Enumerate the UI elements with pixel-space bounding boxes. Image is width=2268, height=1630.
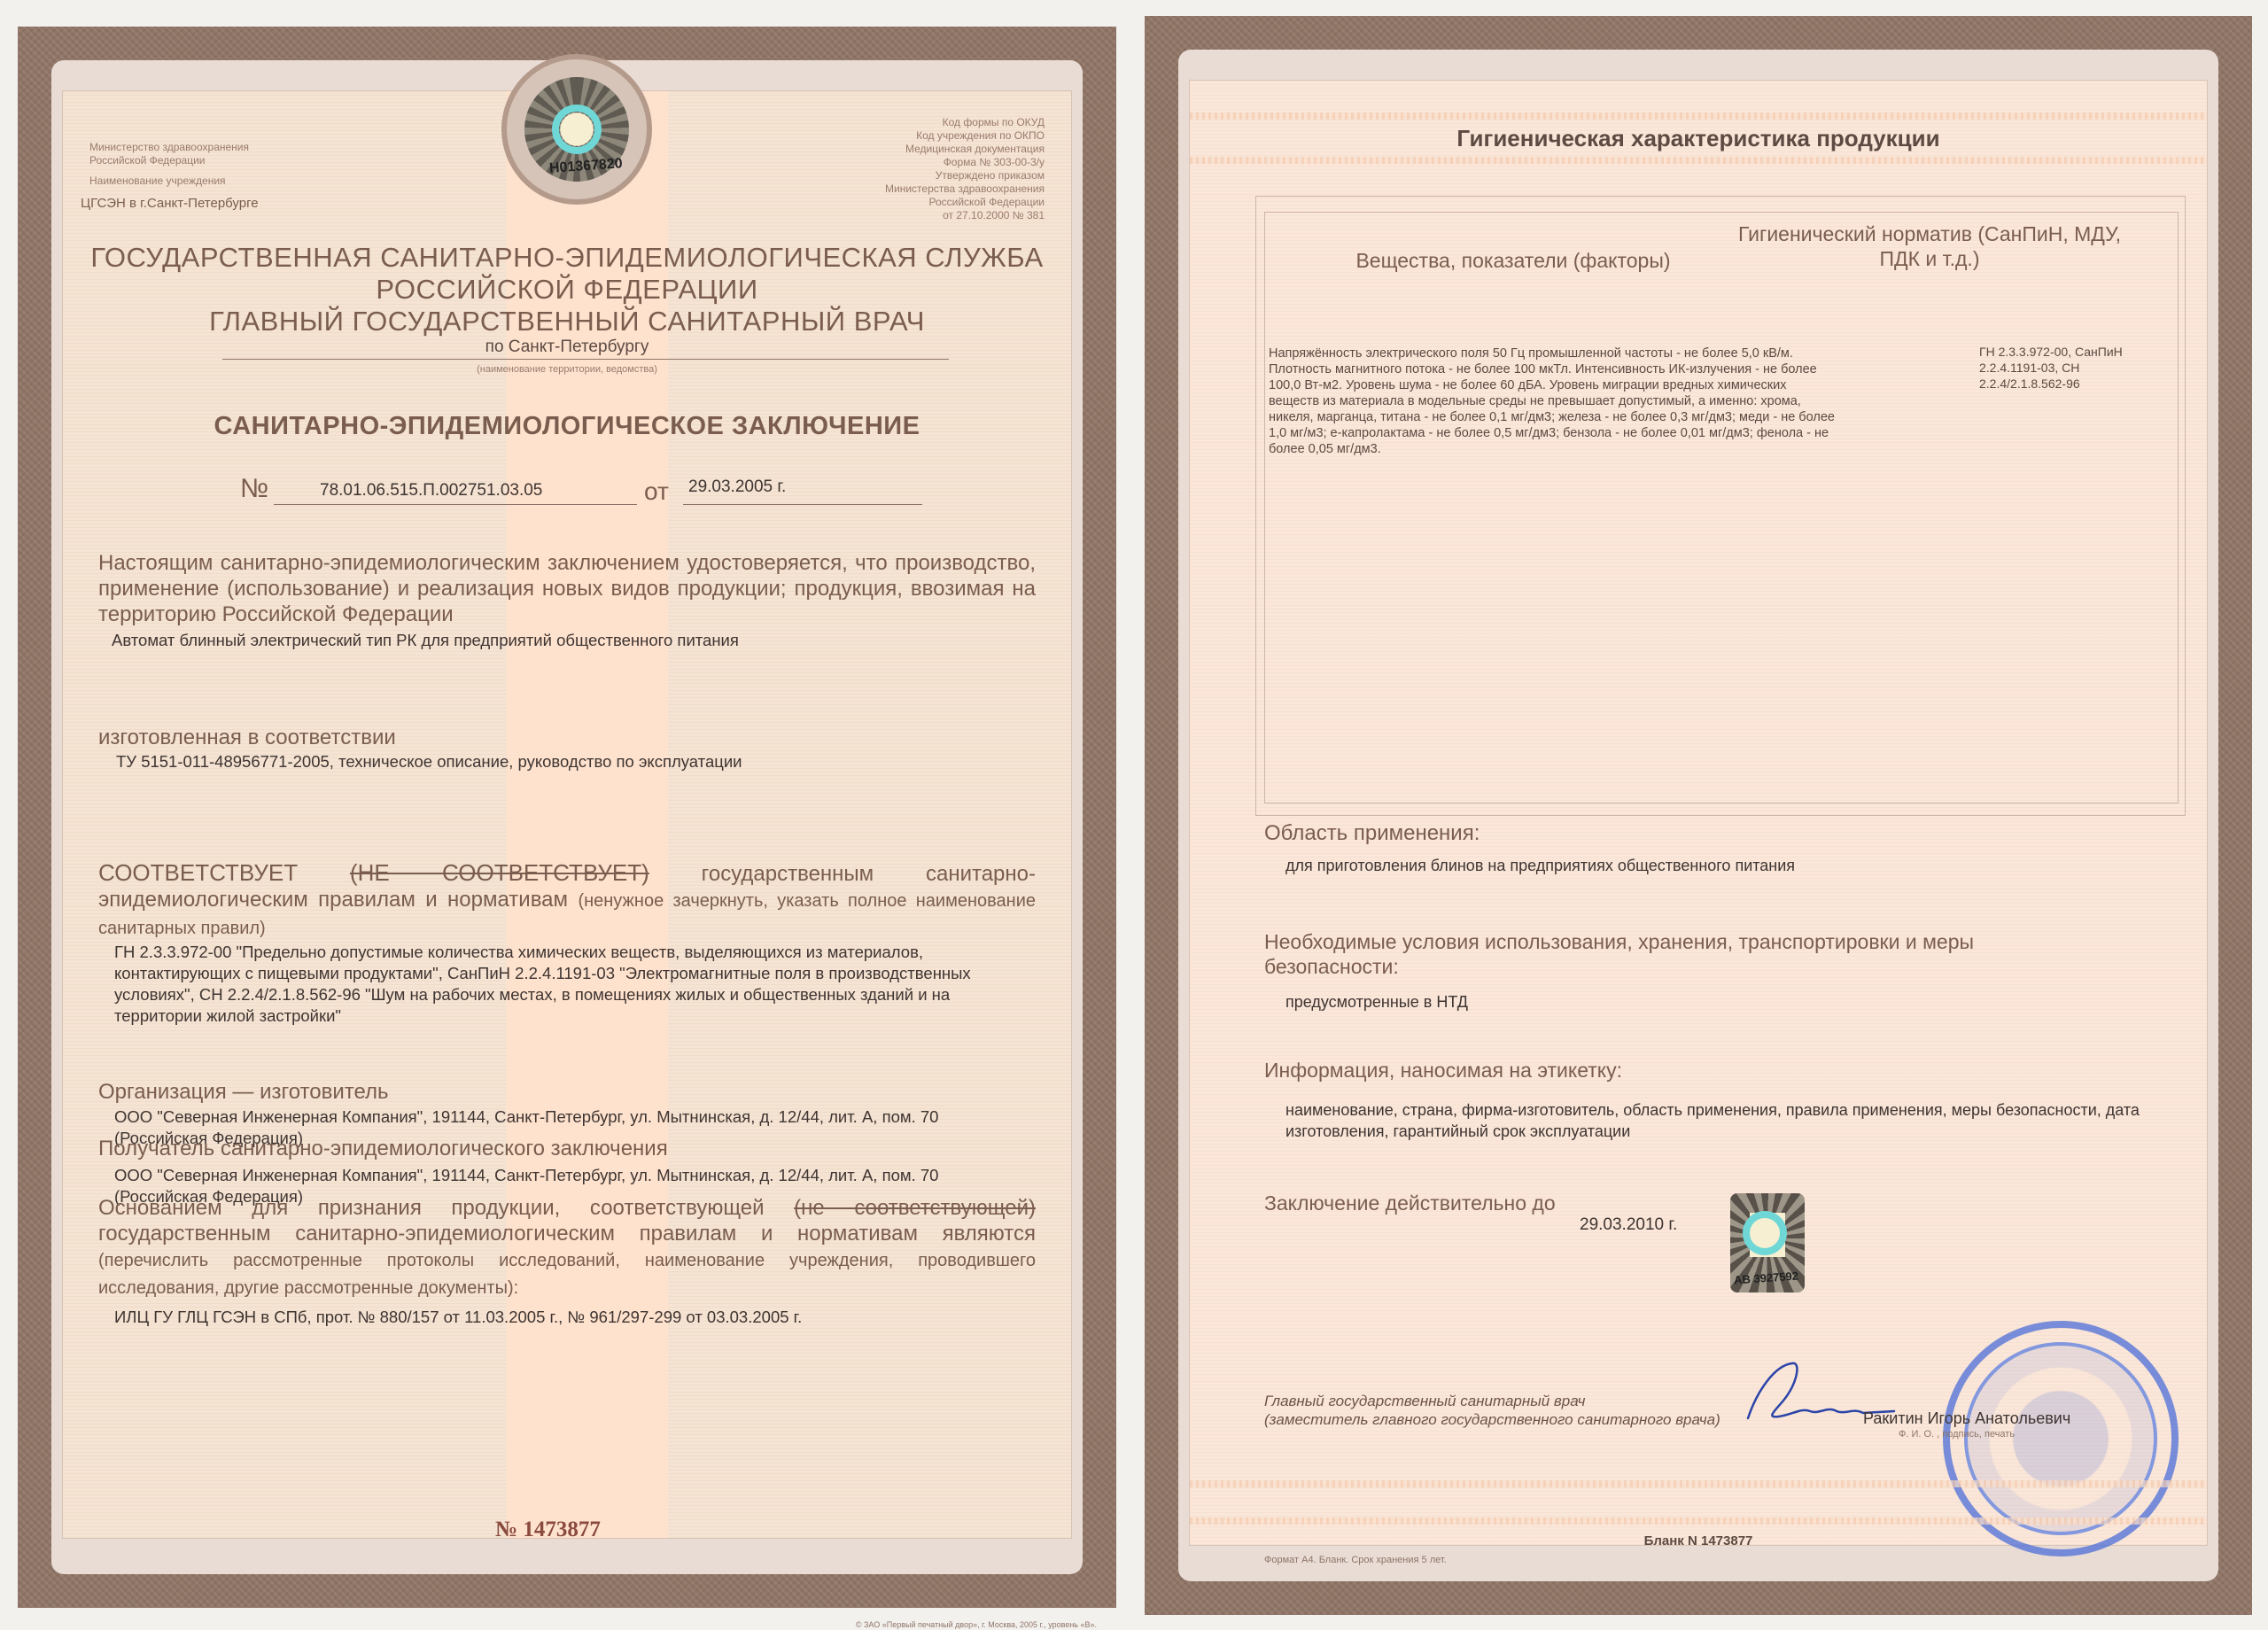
printer-note: © ЗАО «Первый печатный двор», г. Москва,…: [856, 1620, 1097, 1629]
hygiene-section-title: Гигиеническая характеристика продукции: [1190, 125, 2207, 152]
basis-struck: (не соответствующей): [794, 1196, 1036, 1220]
form-info: Код формы по ОКУД Код учреждения по ОКПО…: [832, 116, 1045, 222]
substances-value: Напряжённость электрического поля 50 Гц …: [1269, 345, 1836, 457]
conditions-value: предусмотренные в НТД: [1285, 991, 1468, 1013]
territory-underline: [222, 359, 949, 360]
conformity-statement: СООТВЕТСТВУЕТ (НЕ СООТВЕТСТВУЕТ) государ…: [98, 860, 1036, 942]
hologram-c-icon: [552, 105, 602, 154]
substances-column-header: Вещества, показатели (факторы): [1318, 248, 1708, 273]
valid-until-value: 29.03.2010 г.: [1580, 1215, 1677, 1236]
decorative-band: [1190, 1517, 2207, 1525]
recipient-label: Получатель санитарно-эпидемиологического…: [98, 1137, 668, 1161]
intro-text: Настоящим санитарно-эпидемиологическим з…: [98, 550, 1036, 627]
number-label: №: [240, 474, 268, 504]
date-underline: [683, 504, 922, 505]
issue-date: 29.03.2005 г.: [688, 477, 786, 497]
scope-label: Область применения:: [1264, 821, 1480, 846]
sanitary-rules: ГН 2.3.3.972-00 "Предельно допустимые ко…: [114, 942, 1036, 1027]
ministry-label: Министерство здравоохранения Российской …: [89, 141, 249, 167]
product-name: Автомат блинный электрический тип РК для…: [112, 630, 739, 651]
decorative-band: [1190, 157, 2207, 164]
certificate-number: 78.01.06.515.П.002751.03.05: [320, 481, 542, 501]
certificate-front-page: Министерство здравоохранения Российской …: [18, 27, 1116, 1608]
norm-value: ГН 2.3.3.972-00, СанПиН 2.2.4.1191-03, С…: [1979, 344, 2165, 392]
certificate-paper: Гигиеническая характеристика продукции В…: [1189, 80, 2208, 1546]
signer-title: Главный государственный санитарный врач …: [1264, 1392, 1720, 1429]
territory-value: по Санкт-Петербургу: [63, 338, 1071, 357]
manufacturer-label: Организация — изготовитель: [98, 1080, 389, 1105]
hologram-number: АВ 3927592: [1734, 1269, 1799, 1286]
issuer-header: ГОСУДАРСТВЕННАЯ САНИТАРНО-ЭПИДЕМИОЛОГИЧЕ…: [63, 242, 1071, 338]
basis-start: Основанием для признания продукции, соот…: [98, 1196, 765, 1220]
institution-label: Наименование учреждения: [89, 175, 226, 188]
hygiene-table: Вещества, показатели (факторы) Гигиениче…: [1264, 212, 2179, 803]
date-label: от: [644, 477, 669, 506]
valid-until-label: Заключение действительно до: [1264, 1191, 1556, 1215]
basis-note: (перечислить рассмотренные протоколы исс…: [98, 1251, 1036, 1298]
label-info-label: Информация, наносимая на этикетку:: [1264, 1059, 1622, 1083]
manufactured-standards: ТУ 5151-011-48956771-2005, техническое о…: [116, 751, 742, 772]
scope-value: для приготовления блинов на предприятиях…: [1285, 855, 1795, 876]
institution-value: ЦГСЭН в г.Санкт-Петербурге: [81, 196, 259, 211]
conditions-label: Необходимые условия использования, хране…: [1264, 929, 2062, 979]
decorative-band: [1190, 1480, 2207, 1487]
certificate-paper: Министерство здравоохранения Российской …: [62, 90, 1072, 1539]
signer-name: Ракитин Игорь Анатольевич: [1863, 1409, 2070, 1428]
conforms-word: СООТВЕТСТВУЕТ: [98, 859, 298, 886]
serial-number: № 1473877: [495, 1517, 601, 1542]
manufactured-label: изготовленная в соответствии: [98, 726, 396, 750]
blank-number: Бланк N 1473877: [1190, 1533, 2207, 1548]
not-conforms-struck: (НЕ СООТВЕТСТВУЕТ): [350, 859, 649, 886]
certificate-back-page: Гигиеническая характеристика продукции В…: [1145, 16, 2252, 1615]
label-info-value: наименование, страна, фирма-изготовитель…: [1285, 1099, 2154, 1142]
hologram-sticker-icon: АВ 3927592: [1730, 1193, 1805, 1292]
sanepid-seal-icon: Н01367820: [501, 54, 652, 205]
number-underline: [274, 504, 637, 505]
norm-column-header: Гигиенический норматив (СанПиН, МДУ, ПДК…: [1735, 221, 2124, 271]
signer-caption: Ф. И. О. , подпись, печать: [1899, 1429, 2015, 1440]
basis-rest: государственным санитарно-эпидемиологиче…: [98, 1222, 1036, 1246]
basis-protocols: ИЛЦ ГУ ГЛЦ ГСЭН в СПб, прот. № 880/157 о…: [114, 1307, 802, 1328]
basis-statement: Основанием для признания продукции, соот…: [98, 1195, 1036, 1301]
format-note: Формат А4. Бланк. Срок хранения 5 лет.: [1264, 1555, 1447, 1565]
territory-caption: (наименование территории, ведомства): [63, 364, 1071, 375]
decorative-band: [1190, 113, 2207, 120]
document-title: САНИТАРНО-ЭПИДЕМИОЛОГИЧЕСКОЕ ЗАКЛЮЧЕНИЕ: [63, 412, 1071, 441]
